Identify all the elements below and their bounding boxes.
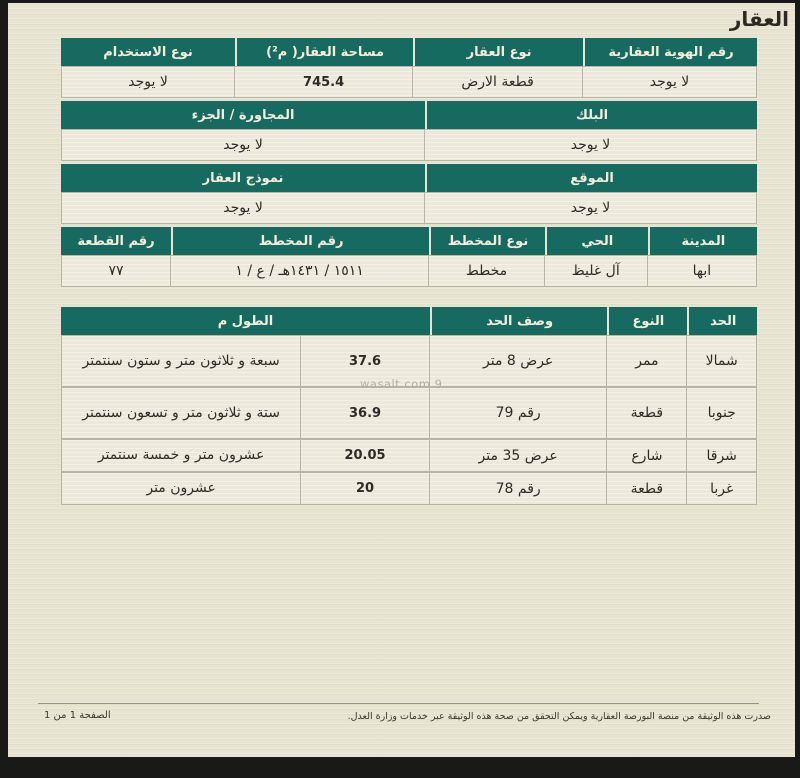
section-block: البلك المجاورة / الجزء لا يوجد لا يوجد [61, 101, 757, 161]
header-property-area: مساحة العقار( م²) [235, 38, 413, 66]
header-usage-type: نوع الاستخدام [61, 38, 235, 66]
header-property-id: رقم الهوية العقارية [583, 38, 757, 66]
value-row: لا يوجد قطعة الارض 745.4 لا يوجد [61, 66, 757, 98]
boundary-side: غربا [687, 472, 757, 505]
section-identity: رقم الهوية العقارية نوع العقار مساحة الع… [61, 38, 757, 98]
deed-page: العقار رقم الهوية العقارية نوع العقار مس… [8, 3, 795, 757]
header-row: المدينة الحي نوع المخطط رقم المخطط رقم ا… [61, 227, 757, 255]
value-plan-type: مخطط [429, 255, 545, 287]
boundary-description: رقم 78 [430, 472, 607, 505]
header-city: المدينة [648, 227, 757, 255]
footer-divider [38, 703, 759, 704]
boundary-description: عرض 35 متر [430, 439, 607, 472]
value-usage-type: لا يوجد [61, 66, 235, 98]
value-row: لا يوجد لا يوجد [61, 192, 757, 224]
boundary-description: رقم 79 [430, 387, 607, 439]
watermark: wasalt.com 9 [360, 377, 442, 391]
boundary-type: شارع [607, 439, 687, 472]
header-boundary: الحد [687, 307, 757, 335]
header-property-model: نموذج العقار [61, 164, 425, 192]
boundary-description: عرض 8 متر [430, 335, 607, 387]
value-property-area: 745.4 [235, 66, 413, 98]
header-plan-type: نوع المخطط [429, 227, 545, 255]
header-block: البلك [425, 101, 757, 129]
boundary-type: قطعة [607, 472, 687, 505]
header-location: الموقع [425, 164, 757, 192]
section-plan: المدينة الحي نوع المخطط رقم المخطط رقم ا… [61, 227, 757, 287]
value-location: لا يوجد [425, 192, 757, 224]
value-property-type: قطعة الارض [413, 66, 583, 98]
boundaries-header-row: الحد النوع وصف الحد الطول م [61, 307, 757, 335]
header-property-type: نوع العقار [413, 38, 583, 66]
property-info-table: رقم الهوية العقارية نوع العقار مساحة الع… [61, 38, 757, 290]
boundary-type: ممر [607, 335, 687, 387]
value-block: لا يوجد [425, 129, 757, 161]
value-plan-number: ١٥١١ / ١٤٣١هـ / ع / ١ [171, 255, 429, 287]
boundary-type: قطعة [607, 387, 687, 439]
header-neighbor-part: المجاورة / الجزء [61, 101, 425, 129]
value-property-id: لا يوجد [583, 66, 757, 98]
header-boundary-description: وصف الحد [430, 307, 607, 335]
value-plot-number: ٧٧ [61, 255, 171, 287]
header-district: الحي [545, 227, 648, 255]
header-plot-number: رقم القطعة [61, 227, 171, 255]
value-row: لا يوجد لا يوجد [61, 129, 757, 161]
boundary-row-south: جنوبا قطعة رقم 79 36.9 ستة و ثلاثون متر … [61, 387, 757, 439]
boundary-row-west: غربا قطعة رقم 78 20 عشرون متر [61, 472, 757, 505]
boundary-side: شرقا [687, 439, 757, 472]
footer-issuance-note: صدرت هذه الوثيقة من منصة البورصة العقاري… [348, 711, 771, 722]
boundary-length-text: عشرون متر [61, 472, 301, 505]
header-row: البلك المجاورة / الجزء [61, 101, 757, 129]
boundary-length-text: عشرون متر و خمسة سنتمتر [61, 439, 301, 472]
section-location: الموقع نموذج العقار لا يوجد لا يوجد [61, 164, 757, 224]
page-title: العقار [730, 7, 789, 31]
boundary-length-text: ستة و ثلاثون متر و تسعون سنتمتر [61, 387, 301, 439]
boundary-length-number: 20.05 [301, 439, 430, 472]
boundary-length-number: 20 [301, 472, 430, 505]
boundary-side: جنوبا [687, 387, 757, 439]
header-boundary-type: النوع [607, 307, 687, 335]
header-row: الموقع نموذج العقار [61, 164, 757, 192]
boundary-length-text: سبعة و ثلاثون متر و ستون سنتمتر [61, 335, 301, 387]
value-neighbor-part: لا يوجد [61, 129, 425, 161]
boundary-length-number: 36.9 [301, 387, 430, 439]
document-viewer: العقار رقم الهوية العقارية نوع العقار مس… [0, 0, 800, 778]
page-number: الصفحة 1 من 1 [44, 710, 111, 721]
header-plan-number: رقم المخطط [171, 227, 429, 255]
value-district: آل غليظ [545, 255, 648, 287]
value-row: ابها آل غليظ مخطط ١٥١١ / ١٤٣١هـ / ع / ١ … [61, 255, 757, 287]
value-city: ابها [648, 255, 757, 287]
value-property-model: لا يوجد [61, 192, 425, 224]
boundary-row-east: شرقا شارع عرض 35 متر 20.05 عشرون متر و خ… [61, 439, 757, 472]
header-row: رقم الهوية العقارية نوع العقار مساحة الع… [61, 38, 757, 66]
header-length-m: الطول م [61, 307, 430, 335]
boundaries-table: الحد النوع وصف الحد الطول م شمالا ممر عر… [61, 307, 757, 505]
boundary-side: شمالا [687, 335, 757, 387]
